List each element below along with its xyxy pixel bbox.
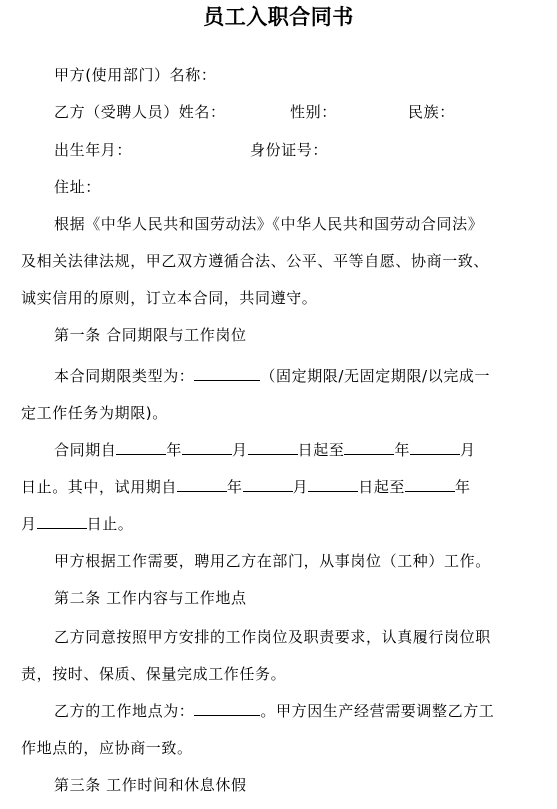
from-to-label: 日起至: [358, 478, 405, 496]
year-label: 年: [227, 478, 243, 496]
location-line-2: 作地点的，应协商一致。: [21, 738, 541, 758]
month-label: 月: [460, 441, 476, 459]
gender-label: 性别：: [290, 102, 337, 122]
location-blank[interactable]: [194, 701, 260, 716]
year-label: 年: [394, 441, 410, 459]
period-start-label: 合同期自: [54, 441, 116, 459]
probation-line: 日止。其中，试用期自年月日起至年: [21, 477, 541, 497]
contract-type-prefix: 本合同期限类型为：: [54, 367, 194, 385]
probation-start-year-blank[interactable]: [177, 477, 227, 492]
position-line: 甲方根据工作需要，聘用乙方在部门，从事岗位（工种）工作。: [54, 551, 557, 571]
start-day-blank[interactable]: [248, 440, 298, 455]
contract-period-line: 合同期自年月日起至年月: [54, 440, 557, 460]
party-a-name-label: 甲方(使用部门）名称：: [54, 65, 557, 85]
contract-type-line: 本合同期限类型为：（固定期限/无固定期限/以完成一: [54, 366, 557, 386]
duty-line-2: 责，按时、保质、保量完成工作任务。: [21, 664, 541, 684]
duty-line-1: 乙方同意按照甲方安排的工作岗位及职责要求，认真履行岗位职: [54, 627, 557, 647]
article-1-heading: 第一条 合同期限与工作岗位: [54, 325, 557, 345]
party-b-name-label: 乙方（受聘人员）姓名：: [54, 103, 226, 121]
month-label: 月: [232, 441, 248, 459]
location-line: 乙方的工作地点为：。甲方因生产经营需要调整乙方工: [54, 701, 557, 721]
preamble-line-1: 根据《中华人民共和国劳动法》《中华人民共和国劳动合同法》: [54, 214, 557, 234]
article-2-heading: 第二条 工作内容与工作地点: [54, 588, 557, 608]
probation-end-month-blank[interactable]: [37, 514, 87, 529]
id-number-label: 身份证号：: [250, 140, 328, 160]
year-label: 年: [166, 441, 182, 459]
end-month-blank[interactable]: [410, 440, 460, 455]
probation-start-day-blank[interactable]: [308, 477, 358, 492]
probation-start-label: 日止。其中，试用期自: [21, 478, 177, 496]
probation-start-month-blank[interactable]: [243, 477, 293, 492]
end-year-blank[interactable]: [344, 440, 394, 455]
contract-type-options: （固定期限/无固定期限/以完成一: [260, 367, 490, 385]
contract-type-line-2: 定工作任务为期限)。: [21, 403, 541, 423]
article-3-heading: 第三条 工作时间和休息休假: [54, 775, 557, 795]
year-label: 年: [455, 478, 471, 496]
location-suffix: 。甲方因生产经营需要调整乙方工: [260, 702, 494, 720]
probation-end-year-blank[interactable]: [405, 477, 455, 492]
end-label: 日止。: [87, 515, 134, 533]
month-label: 月: [293, 478, 309, 496]
start-month-blank[interactable]: [182, 440, 232, 455]
ethnicity-label: 民族：: [408, 102, 455, 122]
location-prefix: 乙方的工作地点为：: [54, 702, 194, 720]
contract-title: 员工入职合同书: [0, 2, 557, 32]
address-label: 住址：: [54, 177, 557, 197]
contract-type-blank[interactable]: [194, 366, 260, 381]
probation-end-line: 月日止。: [21, 514, 541, 534]
preamble-line-3: 诚实信用的原则，订立本合同，共同遵守。: [21, 288, 541, 308]
month-label: 月: [21, 515, 37, 533]
start-year-blank[interactable]: [116, 440, 166, 455]
from-to-label: 日起至: [298, 441, 345, 459]
preamble-line-2: 及相关法律法规，甲乙双方遵循合法、公平、平等自愿、协商一致、: [21, 251, 541, 271]
